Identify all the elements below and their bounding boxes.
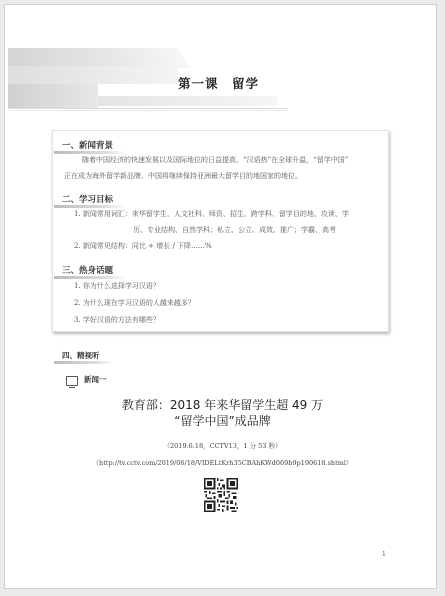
qr-code[interactable]: [204, 478, 238, 512]
topic-question: 3. 学好汉语的方法有哪些？: [74, 312, 160, 328]
background-text-line: 正在成为海外留学新品牌，中国将继续保持亚洲最大留学目的地国家的地位。: [64, 168, 302, 184]
topic-question: 2. 为什么现在学习汉语的人越来越多？: [74, 295, 195, 311]
lesson-title: 第一课 留学: [178, 74, 259, 92]
news-headline-line2: “留学中国”成品牌: [0, 412, 445, 429]
page-number: 1: [382, 551, 386, 558]
news-label: 新闻一: [84, 374, 107, 385]
news-headline: 教育部：2018 年来华留学生超 49 万: [0, 396, 445, 413]
section-heading-background: 一、新闻背景: [60, 139, 127, 152]
tv-monitor-icon: [66, 376, 78, 386]
objective-item: 2. 新闻常见结构：同比 + 增长 / 下降……%: [74, 238, 212, 254]
topic-question: 1. 你为什么选择学习汉语？: [74, 278, 160, 294]
objective-item-cont: 历、专业结构、自然学科；私立、公立、成效、推广；学霸、高考: [133, 222, 336, 238]
objective-item: 1. 新闻常用词汇：来华留学生、人文社科、师资、招生、跨学科、留学目的地、攻读、…: [74, 206, 349, 222]
section-heading-topics: 三、热身话题: [60, 264, 127, 277]
news-url[interactable]: （http://tv.cctv.com/2019/06/18/VIDELtKrh…: [0, 458, 445, 467]
section-heading-listening: 四、精视听: [60, 350, 114, 362]
news-source: （2019.6.18，CCTV13，1 分 53 秒）: [0, 441, 445, 450]
section-heading-objectives: 二、学习目标: [60, 193, 127, 206]
background-text-line: 随着中国经济的快速发展以及国际地位的日益提高，“汉语热”在全球升温，“留学中国”: [82, 152, 348, 168]
